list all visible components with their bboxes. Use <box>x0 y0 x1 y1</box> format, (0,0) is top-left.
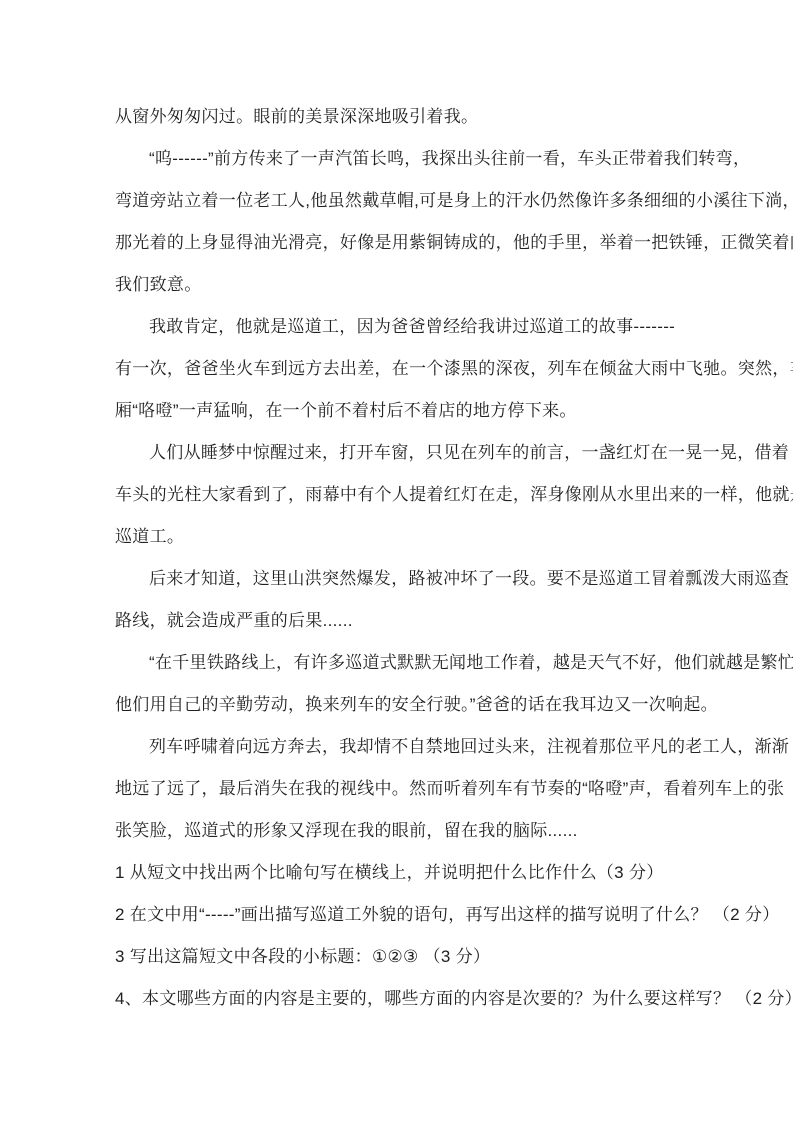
question-line-3: 3 写出这篇短文中各段的小标题：①②③ （3 分） <box>115 936 683 978</box>
passage-line: 后来才知道，这里山洪突然爆发，路被冲坏了一段。要不是巡道工冒着瓢泼大雨巡查 <box>115 558 683 600</box>
question-line-2: 2 在文中用“-----”画出描写巡道工外貌的语句，再写出这样的描写说明了什么？… <box>115 894 683 936</box>
passage-line: 巡道工。 <box>115 516 683 558</box>
passage-line: “呜------”前方传来了一声汽笛长鸣，我探出头往前一看，车头正带着我们转弯， <box>115 138 683 180</box>
question-line-1: 1 从短文中找出两个比喻句写在横线上，并说明把什么比作什么（3 分） <box>115 852 683 894</box>
passage-line: 厢“咯噔”一声猛响，在一个前不着村后不着店的地方停下来。 <box>115 390 683 432</box>
passage-line: “在千里铁路线上，有许多巡道式默默无闻地工作着，越是天气不好，他们就越是繁忙， <box>115 642 683 684</box>
passage-line: 人们从睡梦中惊醒过来，打开车窗，只见在列车的前言，一盏红灯在一晃一晃，借着 <box>115 432 683 474</box>
passage-line: 我敢肯定，他就是巡道工，因为爸爸曾经给我讲过巡道工的故事------- <box>115 306 683 348</box>
question-line-4: 4、本文哪些方面的内容是主要的，哪些方面的内容是次要的？为什么要这样写？ （2 … <box>115 978 683 1020</box>
passage-line: 我们致意。 <box>115 264 683 306</box>
passage-line: 张笑脸，巡道式的形象又浮现在我的眼前，留在我的脑际...... <box>115 810 683 852</box>
passage-line: 那光着的上身显得油光滑亮，好像是用紫铜铸成的，他的手里，举着一把铁锤，正微笑着向 <box>115 222 683 264</box>
document-page: 从窗外匆匆闪过。眼前的美景深深地吸引着我。 “呜------”前方传来了一声汽笛… <box>0 0 793 1122</box>
passage-line: 弯道旁站立着一位老工人,他虽然戴草帽,可是身上的汗水仍然像许多条细细的小溪往下淌… <box>115 180 683 222</box>
passage-line: 他们用自己的辛勤劳动，换来列车的安全行驶。”爸爸的话在我耳边又一次响起。 <box>115 684 683 726</box>
passage-line: 从窗外匆匆闪过。眼前的美景深深地吸引着我。 <box>115 96 683 138</box>
passage-line: 列车呼啸着向远方奔去，我却情不自禁地回过头来，注视着那位平凡的老工人，渐渐 <box>115 726 683 768</box>
passage-line: 有一次，爸爸坐火车到远方去出差，在一个漆黑的深夜，列车在倾盆大雨中飞驰。突然，车 <box>115 348 683 390</box>
passage-line: 地远了远了，最后消失在我的视线中。然而听着列车有节奏的“咯噔”声，看着列车上的张 <box>115 768 683 810</box>
passage-line: 车头的光柱大家看到了，雨幕中有个人提着红灯在走，浑身像刚从水里出来的一样，他就是 <box>115 474 683 516</box>
passage-line: 路线，就会造成严重的后果...... <box>115 600 683 642</box>
